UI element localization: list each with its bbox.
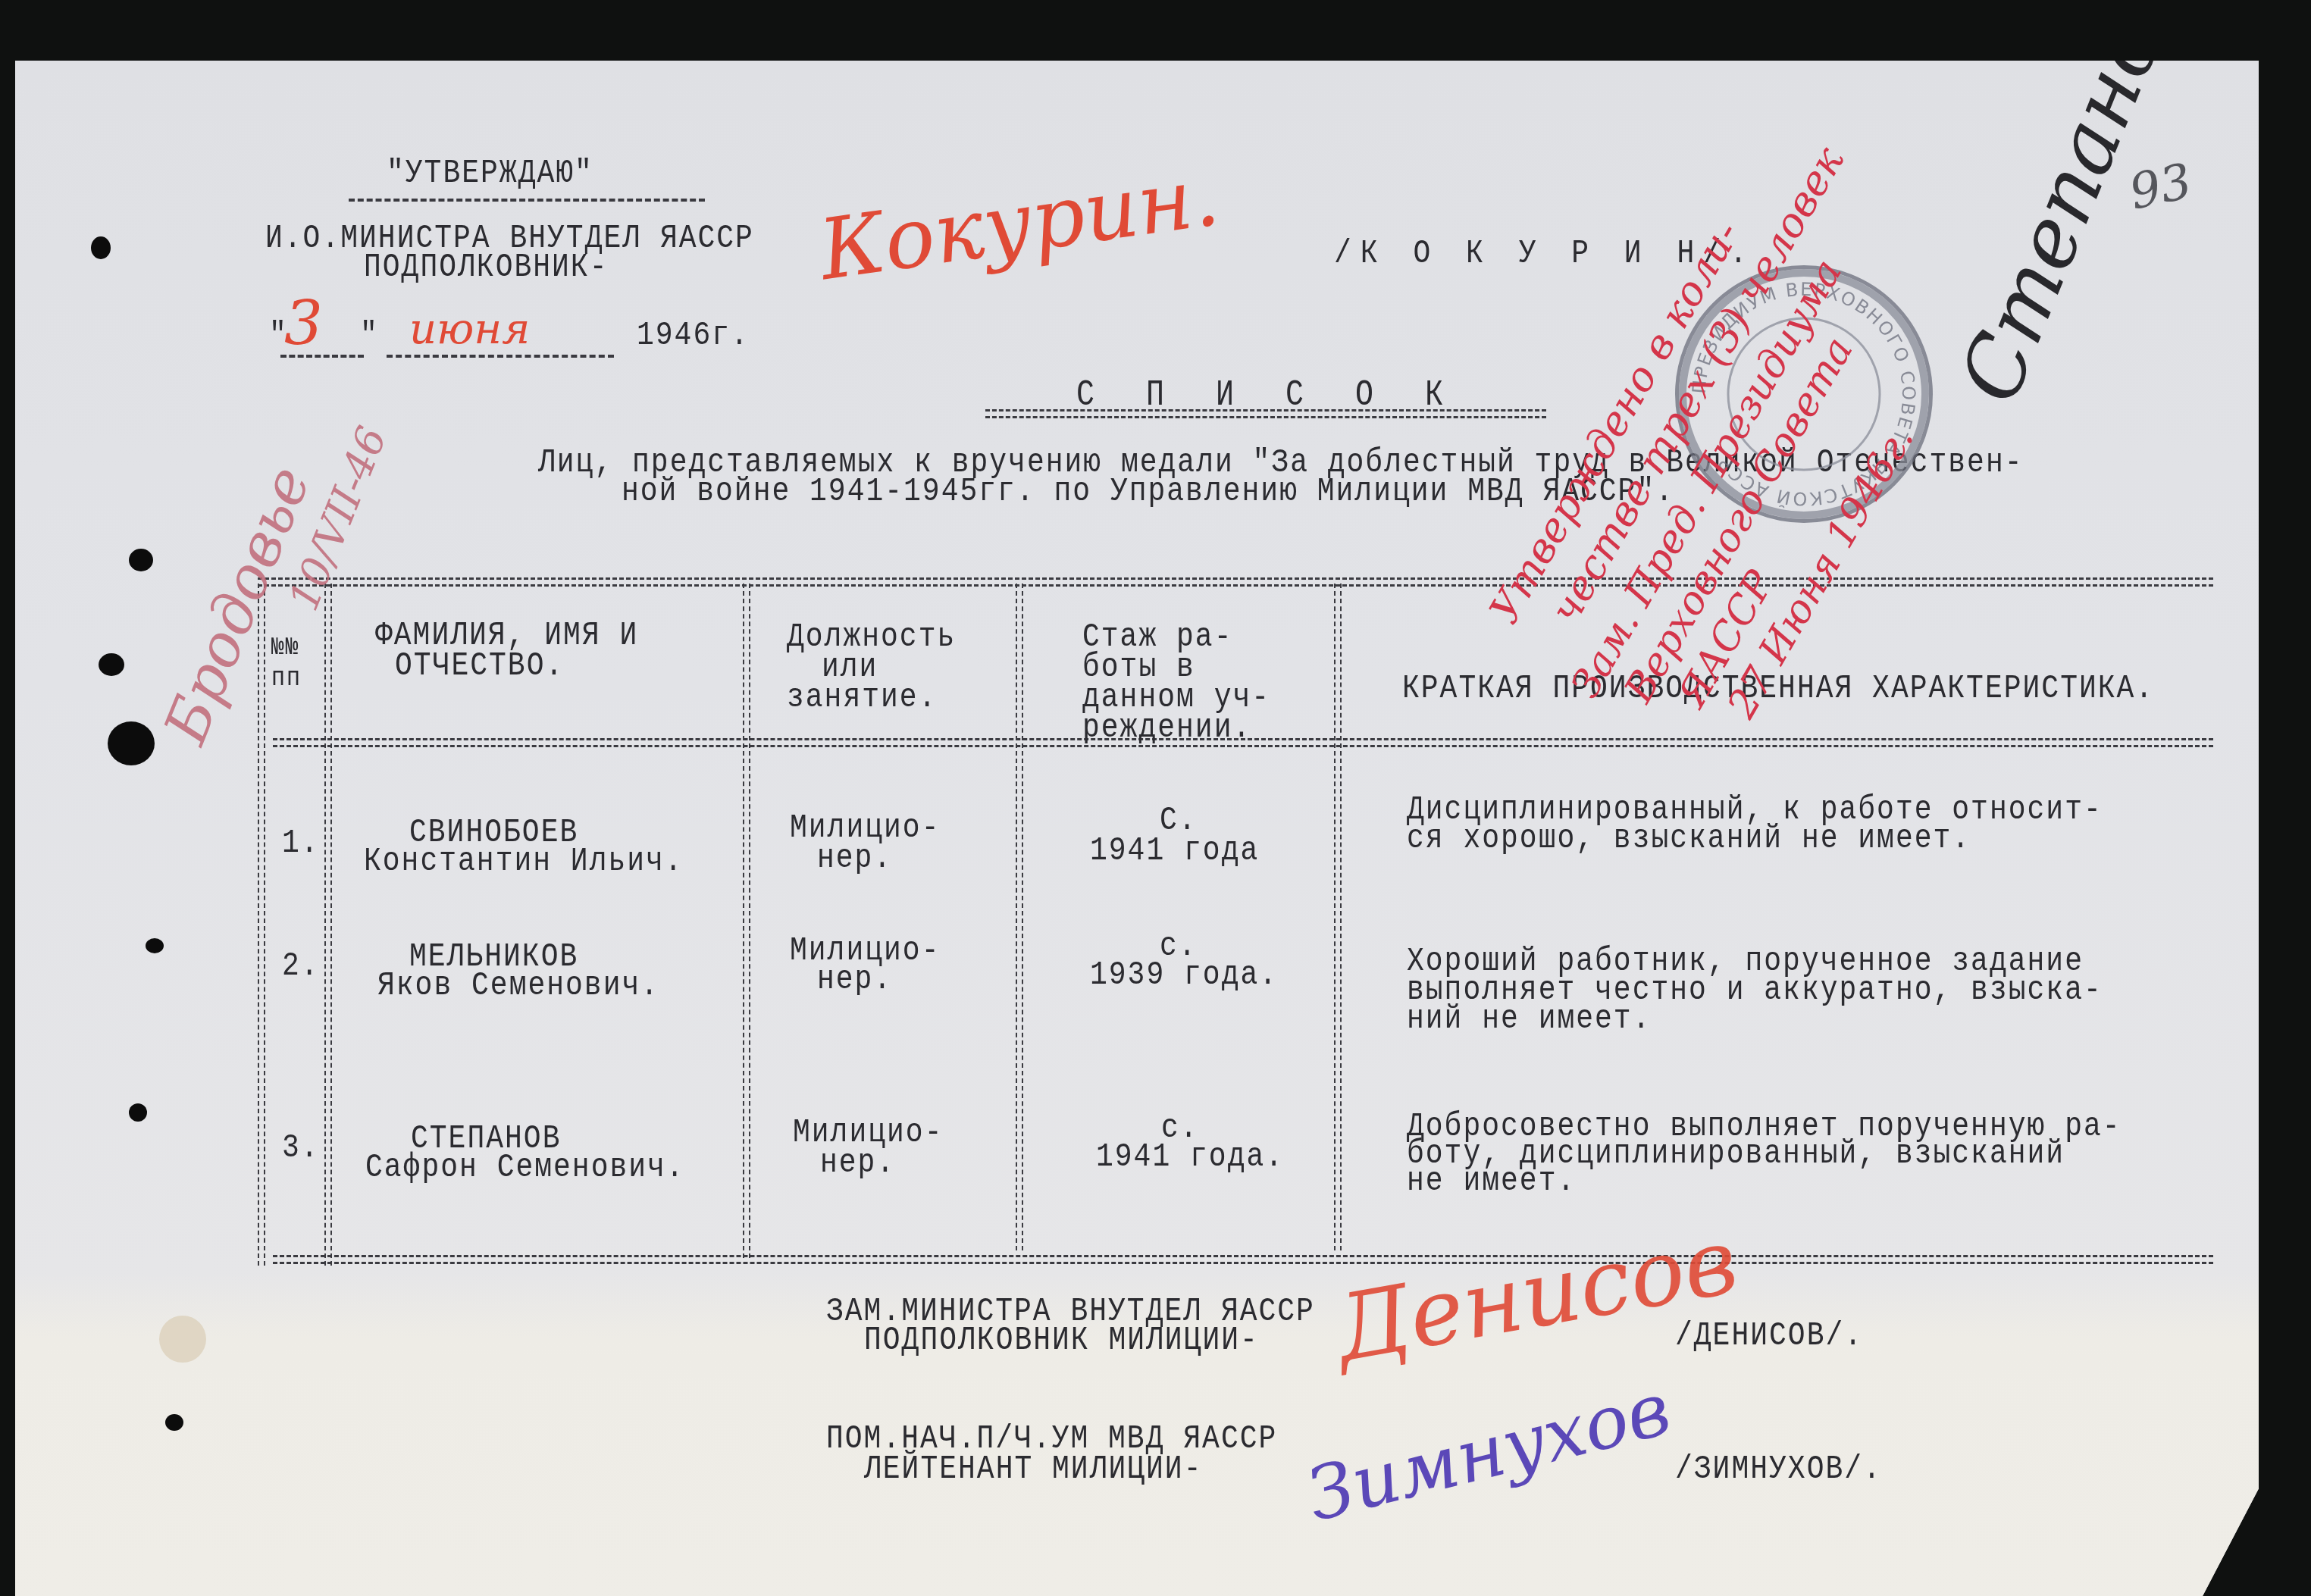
date-close-quote: " <box>360 318 379 354</box>
approval-underline <box>349 199 705 202</box>
col-divider-tenure <box>1334 584 1342 1250</box>
row-num: 3. <box>282 1131 320 1166</box>
row-given-name: Яков Семенович. <box>377 969 659 1004</box>
date-year: 1946г. <box>637 318 750 354</box>
date-day-line <box>280 355 364 358</box>
punch-hole <box>165 1414 183 1431</box>
document-sheet: "УТВЕРЖДАЮ" И.О.МИНИСТРА ВНУТДЕЛ ЯАССР П… <box>15 61 2259 1596</box>
approval-signature: Кокурин. <box>814 147 1225 299</box>
signatory-2-name: /ЗИМНУХОВ/. <box>1675 1452 1882 1488</box>
col-divider-name <box>743 584 750 1258</box>
punch-hole <box>91 236 111 259</box>
header-name: ФАМИЛИЯ, ИМЯ И ОТЧЕСТВО. <box>375 618 638 679</box>
approval-heading: "УТВЕРЖДАЮ" <box>387 156 593 192</box>
row-position-cont: нер. <box>820 1146 895 1181</box>
date-month-line <box>387 355 614 358</box>
date-month: июня <box>409 305 530 354</box>
signatory-2-line2: ЛЕЙТЕНАНТ МИЛИЦИИ- <box>864 1452 1202 1488</box>
row-position-cont: нер. <box>817 962 892 998</box>
table-top-border <box>258 577 2213 587</box>
header-position: Должность или занятие. <box>787 620 956 711</box>
punch-hole <box>99 653 124 676</box>
reinforced-hole <box>159 1316 206 1363</box>
table-bottom-border <box>273 1255 2213 1264</box>
punch-hole <box>129 1103 147 1122</box>
punch-hole <box>129 549 153 571</box>
approval-position-line2: ПОДПОЛКОВНИК- <box>364 250 608 286</box>
row-tenure-year: 1941 года. <box>1096 1140 1284 1175</box>
punch-hole <box>146 938 164 953</box>
row-tenure-year: 1941 года <box>1090 834 1259 869</box>
row-num: 1. <box>282 826 320 862</box>
row-characteristic-cont: ний не имеет. <box>1407 1002 1651 1037</box>
subtitle-line2: ной войне 1941-1945гг. по Управлению Мил… <box>622 474 1674 510</box>
row-characteristic-cont: не имеет. <box>1407 1164 1576 1200</box>
col-divider-num <box>324 584 332 1266</box>
row-characteristic-cont: ся хорошо, взысканий не имеет. <box>1407 821 1971 857</box>
row-position-cont: нер. <box>817 841 892 877</box>
title-underline <box>985 409 1546 418</box>
row-given-name: Сафрон Семенович. <box>365 1150 685 1186</box>
col-divider-position <box>1016 584 1023 1250</box>
date-day: 3 <box>284 288 323 358</box>
row-num: 2. <box>282 949 320 984</box>
row-tenure-year: 1939 года. <box>1090 958 1278 994</box>
row-given-name: Константин Ильич. <box>364 844 684 880</box>
header-tenure: Стаж ра- боты в данном уч- реждении. <box>1082 620 1270 741</box>
signatory-1-line2: ПОДПОЛКОВНИК МИЛИЦИИ- <box>864 1323 1259 1359</box>
signatory-1-name: /ДЕНИСОВ/. <box>1675 1319 1863 1354</box>
page-number: 93 <box>2125 153 2197 221</box>
punch-hole <box>108 721 155 765</box>
